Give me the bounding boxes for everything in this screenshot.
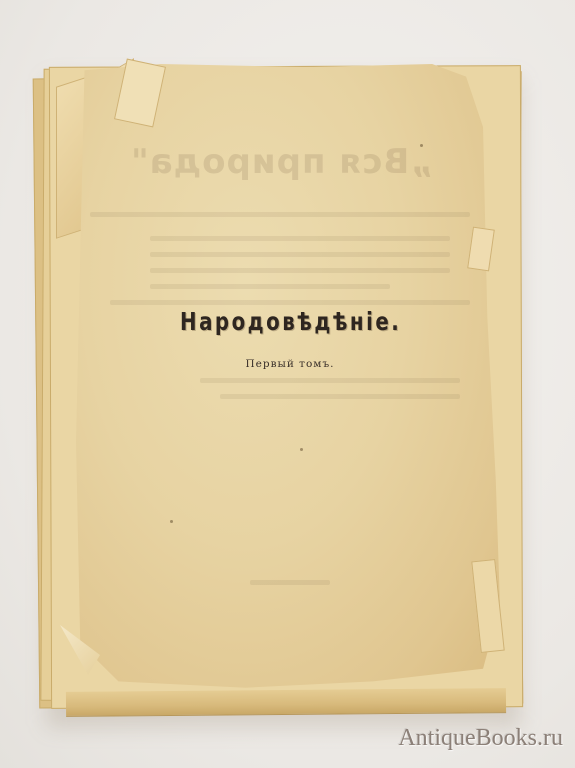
bleed-through-line xyxy=(150,252,450,257)
bleed-through-line xyxy=(90,212,470,217)
site-watermark: AntiqueBooks.ru xyxy=(398,725,563,752)
bleed-through-line xyxy=(220,394,460,399)
bleed-through-line xyxy=(110,300,470,305)
foxing-spot xyxy=(420,144,423,147)
stack-bottom-edge xyxy=(66,688,506,717)
bleed-through-line xyxy=(250,580,330,585)
bleed-through-line xyxy=(200,378,460,383)
bleed-through-title: „Вся природа" xyxy=(130,142,433,182)
foxing-spot xyxy=(300,448,303,451)
bleed-through-line xyxy=(150,236,450,241)
bleed-through-line xyxy=(150,268,450,273)
foxing-spot xyxy=(170,520,173,523)
book-title: Народовѣдѣніе. xyxy=(180,308,400,337)
bleed-through-line xyxy=(150,284,390,289)
volume-subtitle: Первый томъ. xyxy=(200,358,380,370)
